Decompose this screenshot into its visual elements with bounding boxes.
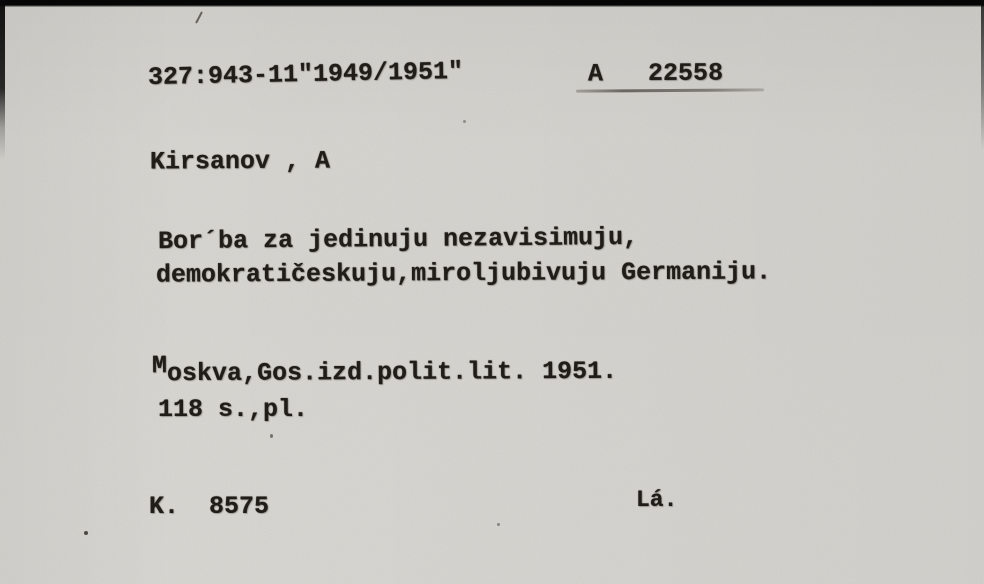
scan-speck: [84, 531, 88, 535]
scan-edge-left: [0, 0, 5, 160]
inventory-number: K. 8575: [149, 494, 269, 519]
title-line-1: Bor´ba za jedinuju nezavisimuju,: [158, 225, 638, 254]
imprint-initial: M: [152, 353, 167, 378]
call-number: 327:943-11"1949/1951": [148, 59, 463, 90]
scan-speck: [463, 120, 466, 123]
accession-number: A 22558: [588, 61, 723, 87]
imprint-rest: oskva,Gos.izd.polit.lit. 1951.: [167, 357, 617, 388]
imprint-line: Moskva,Gos.izd.polit.lit. 1951.: [152, 359, 617, 386]
author-line: Kirsanov , A: [150, 149, 330, 175]
title-line-2: demokratičeskuju,miroljubivuju Germaniju…: [156, 259, 771, 287]
scan-speck: [270, 434, 273, 438]
catalog-card: 327:943-11"1949/1951" A 22558 Kirsanov ,…: [0, 0, 984, 584]
scan-speck: [497, 523, 500, 526]
scan-edge-top: [0, 0, 984, 7]
collation-line: 118 s.,pl.: [158, 397, 308, 422]
accession-underline: [576, 88, 764, 92]
cataloger-mark: Lá.: [636, 489, 677, 512]
scan-artifact-slash: [195, 11, 203, 23]
